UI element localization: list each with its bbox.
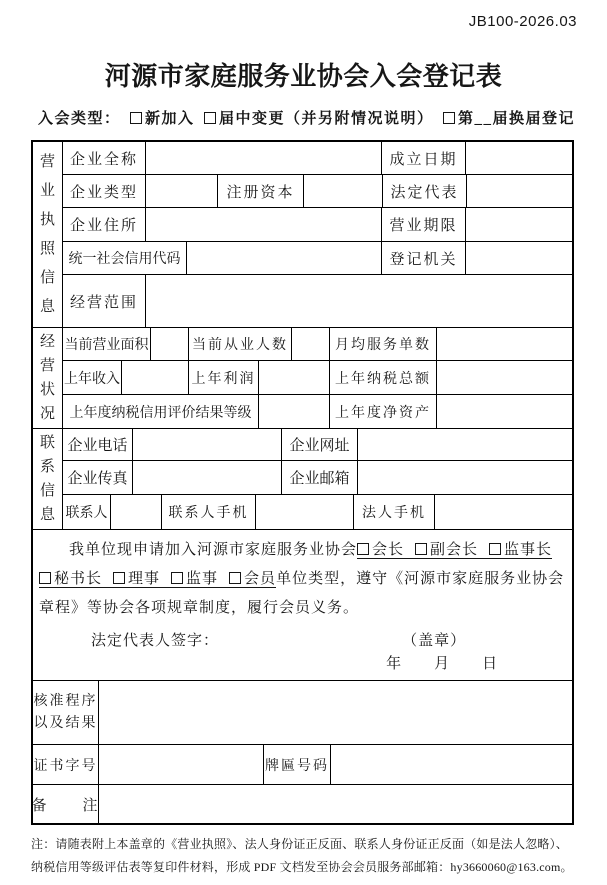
signature-row: 法定代表人签字： （盖章） <box>39 630 564 652</box>
legal-mobile-value[interactable] <box>435 495 572 529</box>
membership-type-row: 入会类型： 新加入 届中变更（并另附情况说明） 第__届换届登记 <box>38 107 575 128</box>
registered-capital-value[interactable] <box>304 175 383 207</box>
net-assets-value[interactable] <box>437 395 572 428</box>
membership-type-label: 入会类型： <box>38 107 121 128</box>
company-phone-label: 企业电话 <box>63 429 133 460</box>
checkbox-icon[interactable] <box>171 572 183 584</box>
seal-label: （盖章） <box>402 630 466 652</box>
role-options-group-1: 会长副会长监事长 <box>357 542 552 559</box>
last-year-income-value[interactable] <box>122 361 189 394</box>
table-row: 备 注 <box>33 785 572 823</box>
company-fax-label: 企业传真 <box>63 461 133 494</box>
business-term-value[interactable] <box>466 208 572 241</box>
checkbox-icon[interactable] <box>204 112 216 124</box>
role-option-vice-president[interactable]: 副会长 <box>415 542 478 558</box>
plaque-no-value[interactable] <box>331 745 572 784</box>
company-email-value[interactable] <box>358 461 572 494</box>
company-website-label: 企业网址 <box>282 429 358 460</box>
business-term-label: 营业期限 <box>382 208 466 241</box>
certificate-no-value[interactable] <box>99 745 264 784</box>
declaration-line-1: 我单位现申请加入河源市家庭服务业协会会长副会长监事长 <box>39 536 564 565</box>
monthly-orders-label: 月均服务单数 <box>330 328 437 360</box>
section-contact-info: 联系信息 企业电话 企业网址 企业传真 企业邮箱 联系人 联系人手 <box>33 429 572 530</box>
table-row: 当前营业面积 当前从业人数 月均服务单数 <box>63 328 572 361</box>
role-option-supervisor[interactable]: 监事 <box>171 571 218 587</box>
company-type-value[interactable] <box>146 175 218 207</box>
role-option-director[interactable]: 理事 <box>113 571 160 587</box>
section-certificate: 证书字号 牌匾号码 <box>33 745 572 785</box>
declaration-line-3: 章程》等协会各项规章制度，履行会员义务。 <box>39 594 564 623</box>
registration-table: 营业执照信息 企业全称 成立日期 企业类型 注册资本 法定代表 企 <box>31 140 574 825</box>
section-approval: 核准程序 以及结果 <box>33 681 572 745</box>
monthly-orders-value[interactable] <box>437 328 572 360</box>
business-scope-label: 经营范围 <box>63 275 146 327</box>
company-name-label: 企业全称 <box>63 142 146 174</box>
table-row: 企业住所 营业期限 <box>63 208 572 242</box>
registration-authority-label: 登记机关 <box>382 242 466 274</box>
declaration-line-2: 秘书长理事监事会员单位类型，遵守《河源市家庭服务业协会 <box>39 565 564 594</box>
last-year-tax-value[interactable] <box>437 361 572 394</box>
credit-code-value[interactable] <box>187 242 382 274</box>
role-option-president[interactable]: 会长 <box>357 542 404 558</box>
contact-person-value[interactable] <box>111 495 162 529</box>
company-address-value[interactable] <box>146 208 382 241</box>
checkbox-icon[interactable] <box>229 572 241 584</box>
contact-mobile-value[interactable] <box>256 495 354 529</box>
section-business-license: 营业执照信息 企业全称 成立日期 企业类型 注册资本 法定代表 企 <box>33 142 572 328</box>
document-number: JB100-2026.03 <box>469 13 577 30</box>
membership-option-new[interactable]: 新加入 <box>130 107 195 128</box>
side-label-contact-info: 联系信息 <box>33 429 63 529</box>
role-option-member[interactable]: 会员 <box>229 571 276 587</box>
table-row: 企业类型 注册资本 法定代表 <box>63 175 572 208</box>
checkbox-icon[interactable] <box>415 543 427 555</box>
table-row: 核准程序 以及结果 <box>33 681 572 744</box>
business-scope-value[interactable] <box>146 275 572 327</box>
last-year-income-label: 上年收入 <box>63 361 122 394</box>
company-address-label: 企业住所 <box>63 208 146 241</box>
side-label-operating-status: 经营状况 <box>33 328 63 428</box>
role-option-supervisor-chair[interactable]: 监事长 <box>489 542 552 558</box>
contact-person-label: 联系人 <box>63 495 111 529</box>
checkbox-icon[interactable] <box>130 112 142 124</box>
contact-mobile-label: 联系人手机 <box>162 495 256 529</box>
certificate-no-label: 证书字号 <box>33 745 99 784</box>
company-type-label: 企业类型 <box>63 175 146 207</box>
checkbox-icon[interactable] <box>113 572 125 584</box>
membership-option-midterm-change[interactable]: 届中变更（并另附情况说明） <box>204 107 434 128</box>
table-row: 证书字号 牌匾号码 <box>33 745 572 784</box>
role-option-secretary-general[interactable]: 秘书长 <box>39 571 102 587</box>
registration-form-page: JB100-2026.03 河源市家庭服务业协会入会登记表 入会类型： 新加入 … <box>0 0 607 885</box>
table-row: 经营范围 <box>63 275 572 327</box>
side-label-business-license: 营业执照信息 <box>33 142 63 327</box>
role-options-group-2: 秘书长理事监事会员 <box>39 571 276 588</box>
last-year-tax-label: 上年纳税总额 <box>330 361 437 394</box>
table-row: 企业电话 企业网址 <box>63 429 572 461</box>
legal-rep-label: 法定代表 <box>383 175 467 207</box>
current-area-label: 当前营业面积 <box>63 328 151 360</box>
approval-value[interactable] <box>99 681 572 744</box>
current-area-value[interactable] <box>151 328 189 360</box>
credit-code-label: 统一社会信用代码 <box>63 242 187 274</box>
footer-note-line-1: 注：请随表附上本盖章的《营业执照》、法人身份证正反面、联系人身份证正反面（如是法… <box>31 833 579 856</box>
remarks-value[interactable] <box>99 785 572 823</box>
net-assets-label: 上年度净资产 <box>330 395 437 428</box>
company-phone-value[interactable] <box>133 429 282 460</box>
table-row: 统一社会信用代码 登记机关 <box>63 242 572 275</box>
current-staff-label: 当前从业人数 <box>189 328 292 360</box>
remarks-label: 备 注 <box>33 785 99 823</box>
tax-credit-rating-value[interactable] <box>259 395 330 428</box>
footer-note: 注：请随表附上本盖章的《营业执照》、法人身份证正反面、联系人身份证正反面（如是法… <box>31 833 579 878</box>
declaration-cell: 我单位现申请加入河源市家庭服务业协会会长副会长监事长 秘书长理事监事会员单位类型… <box>33 530 572 680</box>
checkbox-icon[interactable] <box>39 572 51 584</box>
legal-mobile-label: 法人手机 <box>354 495 435 529</box>
last-year-profit-label: 上年利润 <box>189 361 259 394</box>
table-row: 企业全称 成立日期 <box>63 142 572 175</box>
table-row: 联系人 联系人手机 法人手机 <box>63 495 572 529</box>
established-date-label: 成立日期 <box>382 142 466 174</box>
registered-capital-label: 注册资本 <box>218 175 304 207</box>
signature-label: 法定代表人签字： <box>91 630 219 652</box>
company-fax-value[interactable] <box>133 461 282 494</box>
company-website-value[interactable] <box>358 429 572 460</box>
last-year-profit-value[interactable] <box>259 361 330 394</box>
table-row: 企业传真 企业邮箱 <box>63 461 572 495</box>
section-remarks: 备 注 <box>33 785 572 823</box>
section-operating-status: 经营状况 当前营业面积 当前从业人数 月均服务单数 上年收入 上年利润 上年纳税… <box>33 328 572 429</box>
registration-authority-value[interactable] <box>466 242 572 274</box>
footer-note-line-2: 纳税信用等级评估表等复印件材料，形成 PDF 文档发至协会会员服务部邮箱：hy3… <box>31 856 579 879</box>
date-line: 年 月 日 <box>39 652 564 676</box>
plaque-no-label: 牌匾号码 <box>264 745 331 784</box>
checkbox-icon[interactable] <box>443 112 455 124</box>
table-row: 上年度纳税信用评价结果等级 上年度净资产 <box>63 395 572 428</box>
form-title: 河源市家庭服务业协会入会登记表 <box>0 56 607 93</box>
membership-option-reelection[interactable]: 第__届换届登记 <box>443 107 575 128</box>
table-row: 上年收入 上年利润 上年纳税总额 <box>63 361 572 395</box>
company-name-value[interactable] <box>146 142 382 174</box>
section-declaration: 我单位现申请加入河源市家庭服务业协会会长副会长监事长 秘书长理事监事会员单位类型… <box>33 530 572 681</box>
checkbox-icon[interactable] <box>357 543 369 555</box>
company-email-label: 企业邮箱 <box>282 461 358 494</box>
checkbox-icon[interactable] <box>489 543 501 555</box>
approval-label: 核准程序 以及结果 <box>33 681 99 744</box>
legal-rep-value[interactable] <box>467 175 572 207</box>
current-staff-value[interactable] <box>292 328 330 360</box>
tax-credit-rating-label: 上年度纳税信用评价结果等级 <box>63 395 259 428</box>
established-date-value[interactable] <box>466 142 572 174</box>
